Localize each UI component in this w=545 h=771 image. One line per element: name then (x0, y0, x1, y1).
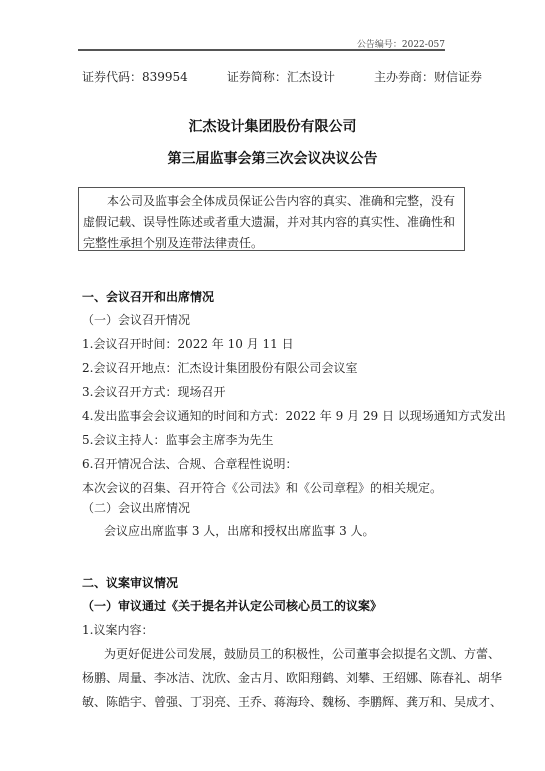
sponsor-broker: 主办券商：财信证券 (374, 68, 482, 85)
document-page: 公告编号：2022-057 证券代码：839954 证券简称：汇杰设计 主办券商… (0, 0, 545, 771)
subsection-heading: （一）审议通过《关于提名并认定公司核心员工的议案》 (82, 597, 382, 614)
company-name: 汇杰设计集团股份有限公司 (0, 116, 545, 136)
list-item: 2.会议召开地点：汇杰设计集团股份有限公司会议室 (82, 359, 357, 376)
list-item: 6.召开情况合法、合规、合章程性说明： (82, 455, 297, 472)
list-item: 3.会议召开方式：现场召开 (82, 383, 225, 400)
disclaimer-text: 本公司及监事会全体成员保证公告内容的真实、准确和完整，没有虚假记载、误导性陈述或… (83, 191, 460, 254)
paragraph: 会议应出席监事 3 人，出席和授权出席监事 3 人。 (104, 522, 375, 539)
header-rule (78, 49, 445, 51)
paragraph-line: 敏、陈皓宇、曾强、丁羽亮、王乔、蒋海玲、魏杨、李鹏辉、龚万和、吴成才、 (82, 693, 502, 710)
list-item: 1.会议召开时间：2022 年 10 月 11 日 (82, 335, 294, 352)
document-title: 第三届监事会第三次会议决议公告 (0, 148, 545, 168)
subsection-heading: （二）会议出席情况 (82, 499, 190, 516)
section-heading-1: 一、会议召开和出席情况 (82, 288, 214, 305)
list-item: 5.会议主持人：监事会主席李为先生 (82, 431, 273, 448)
paragraph: 本次会议的召集、召开符合《公司法》和《公司章程》的相关规定。 (82, 479, 442, 496)
stock-code: 证券代码：839954 (82, 68, 188, 85)
list-item: 4.发出监事会会议通知的时间和方式：2022 年 9 月 29 日 以现场通知方… (82, 407, 506, 424)
disclaimer-box: 本公司及监事会全体成员保证公告内容的真实、准确和完整，没有虚假记载、误导性陈述或… (78, 187, 465, 251)
paragraph-line: 杨鹏、周量、李冰洁、沈欣、金古月、欧阳翔鹤、刘攀、王绍娜、陈春礼、胡华 (82, 669, 502, 686)
paragraph-line: 为更好促进公司发展，鼓励员工的积极性，公司董事会拟提名文凯、方蕾、 (104, 645, 500, 662)
subsection-heading: （一）会议召开情况 (82, 311, 190, 328)
list-item: 1.议案内容： (82, 621, 153, 638)
stock-meta-row: 证券代码：839954 证券简称：汇杰设计 主办券商：财信证券 (82, 68, 482, 85)
section-heading-2: 二、议案审议情况 (82, 574, 178, 591)
stock-abbreviation: 证券简称：汇杰设计 (227, 68, 335, 85)
